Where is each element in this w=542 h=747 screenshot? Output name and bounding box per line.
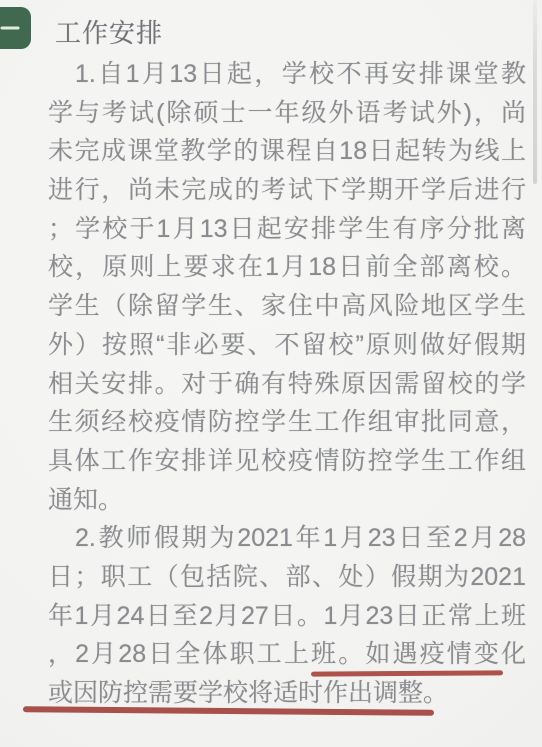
text-line: 外）按照“非必要、不留校”原则做好假期 <box>48 326 526 365</box>
paragraph-1: 1.自1月13日起，学校不再安排课堂教 学与考试(除硕士一年级外语考试外)，尚 … <box>48 55 526 519</box>
notice-page: 工作安排 1.自1月13日起，学校不再安排课堂教 学与考试(除硕士一年级外语考试… <box>0 0 542 747</box>
notice-body: 1.自1月13日起，学校不再安排课堂教 学与考试(除硕士一年级外语考试外)，尚 … <box>48 55 526 713</box>
text-line: 生须经校疫情防控学生工作组审批同意， <box>48 403 526 442</box>
text-line: ，2月28日全体职工上班。如遇疫情变化 <box>48 635 526 674</box>
text-line: 学与考试(除硕士一年级外语考试外)，尚 <box>48 94 526 133</box>
text-line: 学生（除留学生、家住中高风险地区学生 <box>48 287 526 326</box>
scrollbar-thumb[interactable] <box>533 0 537 184</box>
section-title: 工作安排 <box>55 16 163 50</box>
text-line: 日；职工（包括院、部、处）假期为2021 <box>48 558 526 597</box>
text-line: 年1月24日至2月27日。1月23日正常上班 <box>48 597 526 636</box>
text-line: 相关安排。对于确有特殊原因需留校的学 <box>48 365 526 404</box>
text-line: 2.教师假期为2021年1月23日至2月28 <box>48 519 526 558</box>
text-line: 进行，尚未完成的考试下学期开学后进行 <box>48 171 526 210</box>
text-line: 校，原则上要求在1月18日前全部离校。 <box>48 248 526 287</box>
text-line: 未完成课堂教学的课程自18日起转为线上 <box>48 132 526 171</box>
text-line: 通知。 <box>48 481 526 520</box>
text-line: 具体工作安排详见校疫情防控学生工作组 <box>48 442 526 481</box>
minus-dash-icon <box>1 27 20 30</box>
paragraph-2: 2.教师假期为2021年1月23日至2月28 日；职工（包括院、部、处）假期为2… <box>48 519 526 712</box>
text-line: ；学校于1月13日起安排学生有序分批离 <box>48 210 526 249</box>
list-bullet-icon <box>0 7 31 49</box>
text-line: 1.自1月13日起，学校不再安排课堂教 <box>48 55 526 94</box>
